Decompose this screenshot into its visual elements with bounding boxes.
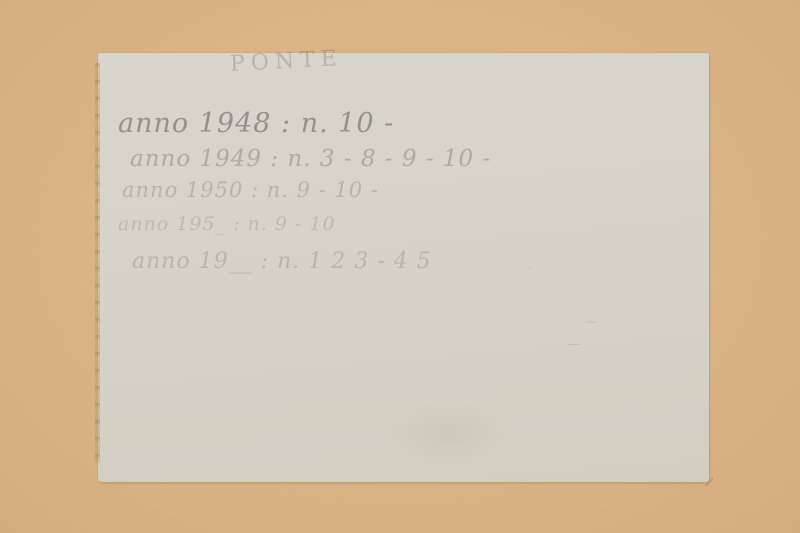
pencil-mark: ~ — [586, 315, 596, 329]
pencil-mark: ― — [568, 337, 580, 351]
note-line-1949: anno 1949 : n. 3 - 8 - 9 - 10 - — [130, 146, 491, 172]
note-line-1948: anno 1948 : n. 10 - — [118, 108, 394, 139]
note-line-5: anno 19__ : n. 1 2 3 - 4 5 — [132, 249, 432, 274]
note-line-1950: anno 1950 : n. 9 - 10 - — [122, 178, 379, 202]
paper-card: PONTE anno 1948 : n. 10 - anno 1949 : n.… — [98, 53, 709, 482]
note-line-4: anno 195_ : n. 9 - 10 — [118, 213, 336, 235]
paper-stain — [388, 403, 508, 463]
note-heading: PONTE — [229, 46, 343, 77]
tan-background: PONTE anno 1948 : n. 10 - anno 1949 : n.… — [0, 0, 800, 533]
pencil-mark: · — [528, 261, 532, 275]
